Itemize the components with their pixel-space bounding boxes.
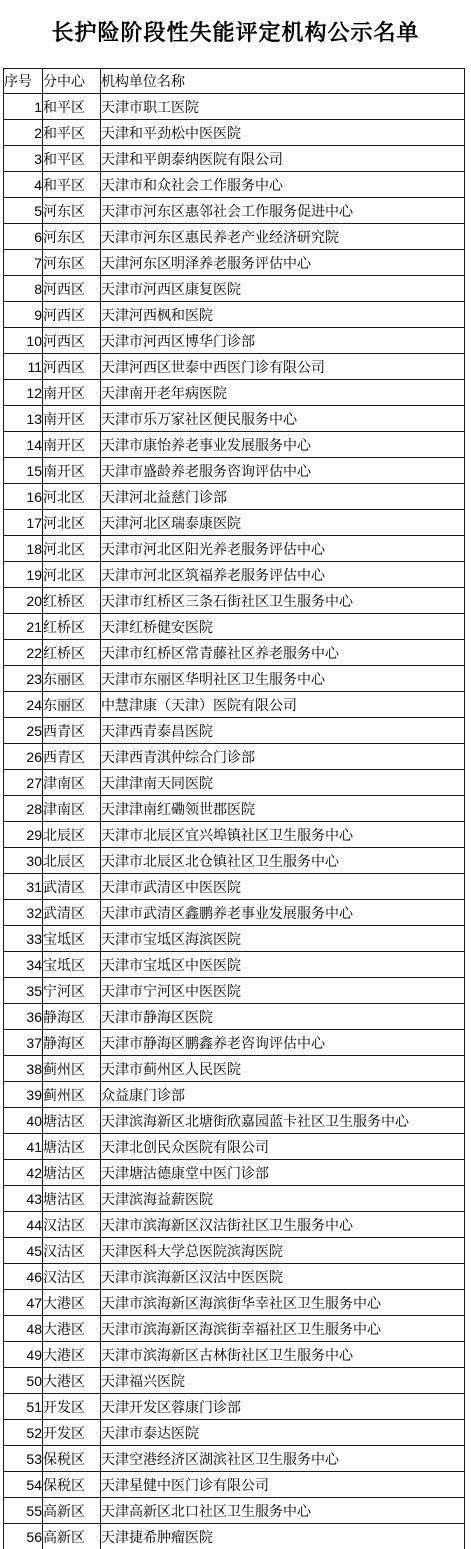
district-cell: 塘沽区 — [43, 1160, 101, 1186]
table-row: 49 大港区 天津市滨海新区古林街社区卫生服务中心 — [4, 1342, 465, 1368]
institution-cell: 天津市红桥区三条石街社区卫生服务中心 — [101, 588, 465, 614]
institution-cell: 天津市河西区博华门诊部 — [101, 328, 465, 354]
district-cell: 和平区 — [43, 120, 101, 146]
district-cell: 东丽区 — [43, 666, 101, 692]
row-number-cell: 5 — [4, 198, 43, 224]
row-number-cell: 27 — [4, 770, 43, 796]
district-cell: 南开区 — [43, 380, 101, 406]
table-row: 41 塘沽区 天津北创民众医院有限公司 — [4, 1134, 465, 1160]
row-number-cell: 22 — [4, 640, 43, 666]
institution-cell: 天津市乐万家社区便民服务中心 — [101, 406, 465, 432]
table-row: 16 河北区 天津河北益慈门诊部 — [4, 484, 465, 510]
column-header-district: 分中心 — [43, 69, 101, 94]
table-row: 13 南开区 天津市乐万家社区便民服务中心 — [4, 406, 465, 432]
row-number-cell: 25 — [4, 718, 43, 744]
table-row: 44 汉沽区 天津市滨海新区汉沽街社区卫生服务中心 — [4, 1212, 465, 1238]
table-row: 35 宁河区 天津市宁河区中医医院 — [4, 978, 465, 1004]
column-header-no: 序号 — [4, 69, 43, 94]
row-number-cell: 38 — [4, 1056, 43, 1082]
table-row: 17 河北区 天津河北区瑞泰康医院 — [4, 510, 465, 536]
table-row: 21 红桥区 天津红桥健安医院 — [4, 614, 465, 640]
institution-cell: 天津河西区世泰中西医门诊有限公司 — [101, 354, 465, 380]
document-page: 长护险阶段性失能评定机构公示名单 序号 分中心 机构单位名称 1 和平区 天津市… — [0, 0, 471, 1549]
row-number-cell: 48 — [4, 1316, 43, 1342]
institution-cell: 天津市宝坻区中医医院 — [101, 952, 465, 978]
district-cell: 大港区 — [43, 1290, 101, 1316]
table-row: 52 开发区 天津市泰达医院 — [4, 1420, 465, 1446]
table-row: 11 河西区 天津河西区世泰中西医门诊有限公司 — [4, 354, 465, 380]
row-number-cell: 53 — [4, 1446, 43, 1472]
institution-cell: 天津市和众社会工作服务中心 — [101, 172, 465, 198]
district-cell: 宁河区 — [43, 978, 101, 1004]
institution-cell: 天津市北辰区北仓镇社区卫生服务中心 — [101, 848, 465, 874]
row-number-cell: 2 — [4, 120, 43, 146]
table-header: 序号 分中心 机构单位名称 — [4, 69, 465, 94]
table-row: 50 大港区 天津福兴医院 — [4, 1368, 465, 1394]
institution-cell: 天津市康怡养老事业发展服务中心 — [101, 432, 465, 458]
district-cell: 静海区 — [43, 1004, 101, 1030]
district-cell: 东丽区 — [43, 692, 101, 718]
row-number-cell: 23 — [4, 666, 43, 692]
row-number-cell: 45 — [4, 1238, 43, 1264]
table-row: 28 津南区 天津津南红磡领世郡医院 — [4, 796, 465, 822]
row-number-cell: 43 — [4, 1186, 43, 1212]
district-cell: 北辰区 — [43, 822, 101, 848]
table-row: 31 武清区 天津市武清区中医医院 — [4, 874, 465, 900]
district-cell: 蓟州区 — [43, 1082, 101, 1108]
row-number-cell: 18 — [4, 536, 43, 562]
district-cell: 塘沽区 — [43, 1134, 101, 1160]
district-cell: 津南区 — [43, 796, 101, 822]
row-number-cell: 21 — [4, 614, 43, 640]
row-number-cell: 33 — [4, 926, 43, 952]
district-cell: 塘沽区 — [43, 1186, 101, 1212]
district-cell: 和平区 — [43, 94, 101, 120]
row-number-cell: 52 — [4, 1420, 43, 1446]
district-cell: 开发区 — [43, 1420, 101, 1446]
row-number-cell: 35 — [4, 978, 43, 1004]
row-number-cell: 42 — [4, 1160, 43, 1186]
table-row: 3 和平区 天津和平朗泰纳医院有限公司 — [4, 146, 465, 172]
institution-cell: 天津津南红磡领世郡医院 — [101, 796, 465, 822]
row-number-cell: 50 — [4, 1368, 43, 1394]
table-row: 19 河北区 天津市河北区筑福养老服务评估中心 — [4, 562, 465, 588]
row-number-cell: 16 — [4, 484, 43, 510]
institution-cell: 天津滨海新区北塘街欣嘉园蓝卡社区卫生服务中心 — [101, 1108, 465, 1134]
row-number-cell: 36 — [4, 1004, 43, 1030]
district-cell: 津南区 — [43, 770, 101, 796]
row-number-cell: 9 — [4, 302, 43, 328]
district-cell: 河北区 — [43, 484, 101, 510]
institution-cell: 天津市宝坻区海滨医院 — [101, 926, 465, 952]
table-row: 42 塘沽区 天津塘沽德康堂中医门诊部 — [4, 1160, 465, 1186]
table-row: 34 宝坻区 天津市宝坻区中医医院 — [4, 952, 465, 978]
table-row: 55 高新区 天津高新区北口社区卫生服务中心 — [4, 1498, 465, 1524]
institution-cell: 天津市河西区康复医院 — [101, 276, 465, 302]
row-number-cell: 13 — [4, 406, 43, 432]
district-cell: 河北区 — [43, 536, 101, 562]
table-row: 47 大港区 天津市滨海新区海滨街华幸社区卫生服务中心 — [4, 1290, 465, 1316]
row-number-cell: 1 — [4, 94, 43, 120]
institution-cell: 众益康门诊部 — [101, 1082, 465, 1108]
institution-cell: 天津市静海区鹏鑫养老咨询评估中心 — [101, 1030, 465, 1056]
table-row: 48 大港区 天津市滨海新区海滨街幸福社区卫生服务中心 — [4, 1316, 465, 1342]
institution-cell: 天津市红桥区常青藤社区养老服务中心 — [101, 640, 465, 666]
table-row: 53 保税区 天津空港经济区湖滨社区卫生服务中心 — [4, 1446, 465, 1472]
district-cell: 河西区 — [43, 302, 101, 328]
district-cell: 河西区 — [43, 328, 101, 354]
table-row: 40 塘沽区 天津滨海新区北塘街欣嘉园蓝卡社区卫生服务中心 — [4, 1108, 465, 1134]
district-cell: 汉沽区 — [43, 1238, 101, 1264]
institution-cell: 天津市河北区筑福养老服务评估中心 — [101, 562, 465, 588]
institution-cell: 天津市滨海新区汉沽中医医院 — [101, 1264, 465, 1290]
institution-cell: 天津津南天同医院 — [101, 770, 465, 796]
table-row: 24 东丽区 中慧津康（天津）医院有限公司 — [4, 692, 465, 718]
district-cell: 开发区 — [43, 1394, 101, 1420]
institution-cell: 天津河北益慈门诊部 — [101, 484, 465, 510]
district-cell: 西青区 — [43, 744, 101, 770]
institution-cell: 天津医科大学总医院滨海医院 — [101, 1238, 465, 1264]
row-number-cell: 26 — [4, 744, 43, 770]
table-row: 12 南开区 天津南开老年病医院 — [4, 380, 465, 406]
institution-cell: 天津市武清区鑫鹏养老事业发展服务中心 — [101, 900, 465, 926]
row-number-cell: 12 — [4, 380, 43, 406]
table-row: 45 汉沽区 天津医科大学总医院滨海医院 — [4, 1238, 465, 1264]
table-row: 54 保税区 天津星健中医门诊有限公司 — [4, 1472, 465, 1498]
institution-cell: 天津市泰达医院 — [101, 1420, 465, 1446]
table-row: 46 汉沽区 天津市滨海新区汉沽中医医院 — [4, 1264, 465, 1290]
row-number-cell: 32 — [4, 900, 43, 926]
column-header-institution: 机构单位名称 — [101, 69, 465, 94]
page-title: 长护险阶段性失能评定机构公示名单 — [0, 16, 471, 47]
row-number-cell: 55 — [4, 1498, 43, 1524]
table-row: 37 静海区 天津市静海区鹏鑫养老咨询评估中心 — [4, 1030, 465, 1056]
district-cell: 河北区 — [43, 510, 101, 536]
row-number-cell: 10 — [4, 328, 43, 354]
institution-cell: 天津市滨海新区汉沽街社区卫生服务中心 — [101, 1212, 465, 1238]
table-row: 38 蓟州区 天津市蓟州区人民医院 — [4, 1056, 465, 1082]
institution-cell: 天津星健中医门诊有限公司 — [101, 1472, 465, 1498]
row-number-cell: 17 — [4, 510, 43, 536]
institution-cell: 天津市滨海新区海滨街幸福社区卫生服务中心 — [101, 1316, 465, 1342]
district-cell: 蓟州区 — [43, 1056, 101, 1082]
district-cell: 大港区 — [43, 1316, 101, 1342]
table-row: 33 宝坻区 天津市宝坻区海滨医院 — [4, 926, 465, 952]
district-cell: 河西区 — [43, 276, 101, 302]
row-number-cell: 14 — [4, 432, 43, 458]
table-row: 18 河北区 天津市河北区阳光养老服务评估中心 — [4, 536, 465, 562]
row-number-cell: 46 — [4, 1264, 43, 1290]
table-row: 6 河东区 天津市河东区惠民养老产业经济研究院 — [4, 224, 465, 250]
district-cell: 河东区 — [43, 198, 101, 224]
district-cell: 汉沽区 — [43, 1212, 101, 1238]
row-number-cell: 11 — [4, 354, 43, 380]
table-body: 1 和平区 天津市职工医院 2 和平区 天津和平劲松中医医院 3 和平区 天津和… — [4, 94, 465, 1549]
table-row: 43 塘沽区 天津滨海益薪医院 — [4, 1186, 465, 1212]
institution-cell: 天津河东区明泽养老服务评估中心 — [101, 250, 465, 276]
row-number-cell: 40 — [4, 1108, 43, 1134]
row-number-cell: 34 — [4, 952, 43, 978]
institution-cell: 天津市北辰区宜兴埠镇社区卫生服务中心 — [101, 822, 465, 848]
table-row: 26 西青区 天津西青淇仲综合门诊部 — [4, 744, 465, 770]
row-number-cell: 4 — [4, 172, 43, 198]
institution-cell: 天津和平劲松中医医院 — [101, 120, 465, 146]
district-cell: 宝坻区 — [43, 952, 101, 978]
row-number-cell: 6 — [4, 224, 43, 250]
table-row: 30 北辰区 天津市北辰区北仓镇社区卫生服务中心 — [4, 848, 465, 874]
district-cell: 南开区 — [43, 432, 101, 458]
institution-table: 序号 分中心 机构单位名称 1 和平区 天津市职工医院 2 和平区 天津和平劲松… — [3, 68, 465, 1549]
institution-cell: 天津河北区瑞泰康医院 — [101, 510, 465, 536]
institution-cell: 天津市滨海新区海滨街华幸社区卫生服务中心 — [101, 1290, 465, 1316]
district-cell: 大港区 — [43, 1342, 101, 1368]
row-number-cell: 20 — [4, 588, 43, 614]
row-number-cell: 51 — [4, 1394, 43, 1420]
row-number-cell: 15 — [4, 458, 43, 484]
institution-cell: 天津西青泰昌医院 — [101, 718, 465, 744]
table-row: 14 南开区 天津市康怡养老事业发展服务中心 — [4, 432, 465, 458]
institution-cell: 天津西青淇仲综合门诊部 — [101, 744, 465, 770]
institution-cell: 天津北创民众医院有限公司 — [101, 1134, 465, 1160]
table-row: 15 南开区 天津市盛龄养老服务咨询评估中心 — [4, 458, 465, 484]
district-cell: 河西区 — [43, 354, 101, 380]
district-cell: 和平区 — [43, 172, 101, 198]
district-cell: 塘沽区 — [43, 1108, 101, 1134]
row-number-cell: 39 — [4, 1082, 43, 1108]
row-number-cell: 24 — [4, 692, 43, 718]
table-row: 25 西青区 天津西青泰昌医院 — [4, 718, 465, 744]
table-row: 56 高新区 天津捷希肿瘤医院 — [4, 1524, 465, 1549]
table-row: 23 东丽区 天津市东丽区华明社区卫生服务中心 — [4, 666, 465, 692]
row-number-cell: 44 — [4, 1212, 43, 1238]
row-number-cell: 8 — [4, 276, 43, 302]
district-cell: 高新区 — [43, 1524, 101, 1549]
institution-cell: 中慧津康（天津）医院有限公司 — [101, 692, 465, 718]
district-cell: 宝坻区 — [43, 926, 101, 952]
table-row: 32 武清区 天津市武清区鑫鹏养老事业发展服务中心 — [4, 900, 465, 926]
institution-cell: 天津福兴医院 — [101, 1368, 465, 1394]
table-row: 36 静海区 天津市静海区医院 — [4, 1004, 465, 1030]
district-cell: 红桥区 — [43, 614, 101, 640]
institution-cell: 天津红桥健安医院 — [101, 614, 465, 640]
row-number-cell: 41 — [4, 1134, 43, 1160]
table-row: 29 北辰区 天津市北辰区宜兴埠镇社区卫生服务中心 — [4, 822, 465, 848]
row-number-cell: 56 — [4, 1524, 43, 1549]
row-number-cell: 29 — [4, 822, 43, 848]
row-number-cell: 49 — [4, 1342, 43, 1368]
table-row: 10 河西区 天津市河西区博华门诊部 — [4, 328, 465, 354]
district-cell: 高新区 — [43, 1498, 101, 1524]
row-number-cell: 47 — [4, 1290, 43, 1316]
table-row: 39 蓟州区 众益康门诊部 — [4, 1082, 465, 1108]
institution-cell: 天津塘沽德康堂中医门诊部 — [101, 1160, 465, 1186]
row-number-cell: 19 — [4, 562, 43, 588]
institution-cell: 天津河西枫和医院 — [101, 302, 465, 328]
table-row: 8 河西区 天津市河西区康复医院 — [4, 276, 465, 302]
institution-cell: 天津市河东区惠邻社会工作服务促进中心 — [101, 198, 465, 224]
institution-cell: 天津捷希肿瘤医院 — [101, 1524, 465, 1549]
district-cell: 汉沽区 — [43, 1264, 101, 1290]
row-number-cell: 3 — [4, 146, 43, 172]
district-cell: 红桥区 — [43, 640, 101, 666]
district-cell: 大港区 — [43, 1368, 101, 1394]
institution-cell: 天津市蓟州区人民医院 — [101, 1056, 465, 1082]
district-cell: 河东区 — [43, 224, 101, 250]
district-cell: 静海区 — [43, 1030, 101, 1056]
district-cell: 河北区 — [43, 562, 101, 588]
district-cell: 南开区 — [43, 406, 101, 432]
row-number-cell: 37 — [4, 1030, 43, 1056]
institution-cell: 天津滨海益薪医院 — [101, 1186, 465, 1212]
row-number-cell: 7 — [4, 250, 43, 276]
header-row: 序号 分中心 机构单位名称 — [4, 69, 465, 94]
row-number-cell: 30 — [4, 848, 43, 874]
table-row: 4 和平区 天津市和众社会工作服务中心 — [4, 172, 465, 198]
institution-cell: 天津和平朗泰纳医院有限公司 — [101, 146, 465, 172]
institution-cell: 天津市宁河区中医医院 — [101, 978, 465, 1004]
table-row: 51 开发区 天津开发区蓉康门诊部 — [4, 1394, 465, 1420]
district-cell: 武清区 — [43, 900, 101, 926]
district-cell: 武清区 — [43, 874, 101, 900]
institution-cell: 天津市东丽区华明社区卫生服务中心 — [101, 666, 465, 692]
institution-cell: 天津市静海区医院 — [101, 1004, 465, 1030]
row-number-cell: 54 — [4, 1472, 43, 1498]
institution-cell: 天津市河北区阳光养老服务评估中心 — [101, 536, 465, 562]
row-number-cell: 31 — [4, 874, 43, 900]
institution-cell: 天津高新区北口社区卫生服务中心 — [101, 1498, 465, 1524]
institution-cell: 天津空港经济区湖滨社区卫生服务中心 — [101, 1446, 465, 1472]
table-row: 1 和平区 天津市职工医院 — [4, 94, 465, 120]
table-row: 2 和平区 天津和平劲松中医医院 — [4, 120, 465, 146]
district-cell: 和平区 — [43, 146, 101, 172]
district-cell: 红桥区 — [43, 588, 101, 614]
institution-cell: 天津开发区蓉康门诊部 — [101, 1394, 465, 1420]
district-cell: 保税区 — [43, 1446, 101, 1472]
table-row: 7 河东区 天津河东区明泽养老服务评估中心 — [4, 250, 465, 276]
institution-cell: 天津南开老年病医院 — [101, 380, 465, 406]
district-cell: 河东区 — [43, 250, 101, 276]
table-row: 9 河西区 天津河西枫和医院 — [4, 302, 465, 328]
institution-cell: 天津市盛龄养老服务咨询评估中心 — [101, 458, 465, 484]
institution-cell: 天津市职工医院 — [101, 94, 465, 120]
institution-cell: 天津市河东区惠民养老产业经济研究院 — [101, 224, 465, 250]
table-row: 22 红桥区 天津市红桥区常青藤社区养老服务中心 — [4, 640, 465, 666]
district-cell: 西青区 — [43, 718, 101, 744]
table-row: 27 津南区 天津津南天同医院 — [4, 770, 465, 796]
row-number-cell: 28 — [4, 796, 43, 822]
district-cell: 保税区 — [43, 1472, 101, 1498]
institution-cell: 天津市武清区中医医院 — [101, 874, 465, 900]
district-cell: 北辰区 — [43, 848, 101, 874]
district-cell: 南开区 — [43, 458, 101, 484]
institution-cell: 天津市滨海新区古林街社区卫生服务中心 — [101, 1342, 465, 1368]
table-row: 5 河东区 天津市河东区惠邻社会工作服务促进中心 — [4, 198, 465, 224]
table-row: 20 红桥区 天津市红桥区三条石街社区卫生服务中心 — [4, 588, 465, 614]
